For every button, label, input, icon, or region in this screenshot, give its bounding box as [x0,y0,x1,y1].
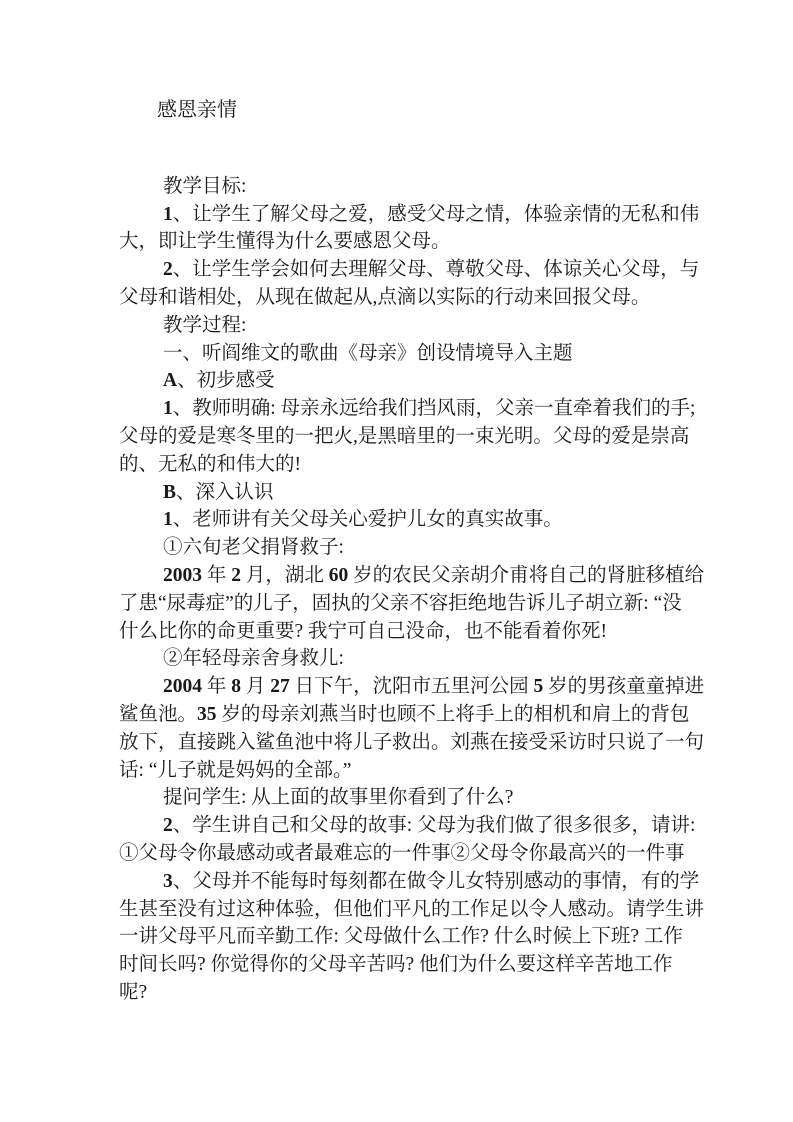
document-title: 感恩亲情 [119,97,705,125]
text-line: 2、学生讲自己和父母的故事: 父母为我们做了很多很多，请讲: [119,812,705,840]
text-line: 2004 年 8 月 27 日下午，沈阳市五里河公园 5 岁的男孩童童掉进 [119,673,705,701]
bold-numeral: 35 [197,704,217,725]
text-line: 3、父母并不能每时每刻都在做令儿女特别感动的事情，有的学 [119,868,705,896]
text-line: 提问学生: 从上面的故事里你看到了什么? [119,784,705,812]
bold-numeral: 2 [163,815,173,836]
bold-numeral: 1 [163,398,173,419]
text-line: 教学过程: [119,312,705,340]
bold-numeral: 2 [231,565,241,586]
text-line: 2、让学生学会如何去理解父母、尊敬父母、体谅关心父母，与 [119,256,705,284]
text-line: ②年轻母亲舍身救儿: [119,645,705,673]
bold-numeral: B [163,482,176,503]
text-line: ①六旬老父捐肾救子: [119,534,705,562]
text-line: 时间长吗? 你觉得你的父母辛苦吗? 他们为什么要这样辛苦地工作 [119,951,705,979]
text-line: ①父母令你最感动或者最难忘的一件事②父母令你最高兴的一件事 [119,840,705,868]
text-line: B、深入认识 [119,479,705,507]
text-line: 一、听阎维文的歌曲《母亲》创设情境导入主题 [119,340,705,368]
bold-numeral: 5 [534,676,544,697]
bold-numeral: 1 [163,204,173,225]
text-line: 呢? [119,979,705,1007]
document-page: 感恩亲情 教学目标:1、让学生了解父母之爱，感受父母之情，体验亲情的无私和伟大，… [0,0,793,1122]
text-line: 父母的爱是寒冬里的一把火,是黑暗里的一束光明。父母的爱是崇高 [119,423,705,451]
bold-numeral: A [163,370,177,391]
title-gap [119,125,705,173]
document-body: 教学目标:1、让学生了解父母之爱，感受父母之情，体验亲情的无私和伟大，即让学生懂… [119,173,705,1007]
text-line: A、初步感受 [119,367,705,395]
text-line: 什么比你的命更重要? 我宁可自己没命，也不能看着你死! [119,618,705,646]
text-line: 了患“尿毒症”的儿子，固执的父亲不容拒绝地告诉儿子胡立新: “没 [119,590,705,618]
bold-numeral: 2004 [163,676,202,697]
text-line: 大，即让学生懂得为什么要感恩父母。 [119,228,705,256]
page-root: { "page": { "background": "#ffffff", "te… [0,0,793,1122]
bold-numeral: 60 [329,565,349,586]
text-line: 一讲父母平凡而辛勤工作: 父母做什么工作? 什么时候上下班? 工作 [119,923,705,951]
bold-numeral: 1 [163,509,173,530]
text-line: 鲨鱼池。35 岁的母亲刘燕当时也顾不上将手上的相机和肩上的背包 [119,701,705,729]
bold-numeral: 27 [270,676,290,697]
text-line: 的、无私的和伟大的! [119,451,705,479]
text-line: 放下，直接跳入鲨鱼池中将儿子救出。刘燕在接受采访时只说了一句 [119,729,705,757]
text-line: 1、老师讲有关父母关心爱护儿女的真实故事。 [119,506,705,534]
bold-numeral: 8 [231,676,241,697]
bold-numeral: 3 [163,871,173,892]
text-line: 教学目标: [119,173,705,201]
text-line: 2003 年 2 月，湖北 60 岁的农民父亲胡介甫将自己的肾脏移植给 [119,562,705,590]
bold-numeral: 2003 [163,565,202,586]
text-line: 1、让学生了解父母之爱，感受父母之情，体验亲情的无私和伟 [119,201,705,229]
text-line: 1、教师明确: 母亲永远给我们挡风雨，父亲一直牵着我们的手; [119,395,705,423]
bold-numeral: 2 [163,259,173,280]
text-line: 话: “儿子就是妈妈的全部。” [119,757,705,785]
text-line: 生甚至没有过这种体验，但他们平凡的工作足以令人感动。请学生讲 [119,896,705,924]
text-line: 父母和谐相处，从现在做起从,点滴以实际的行动来回报父母。 [119,284,705,312]
